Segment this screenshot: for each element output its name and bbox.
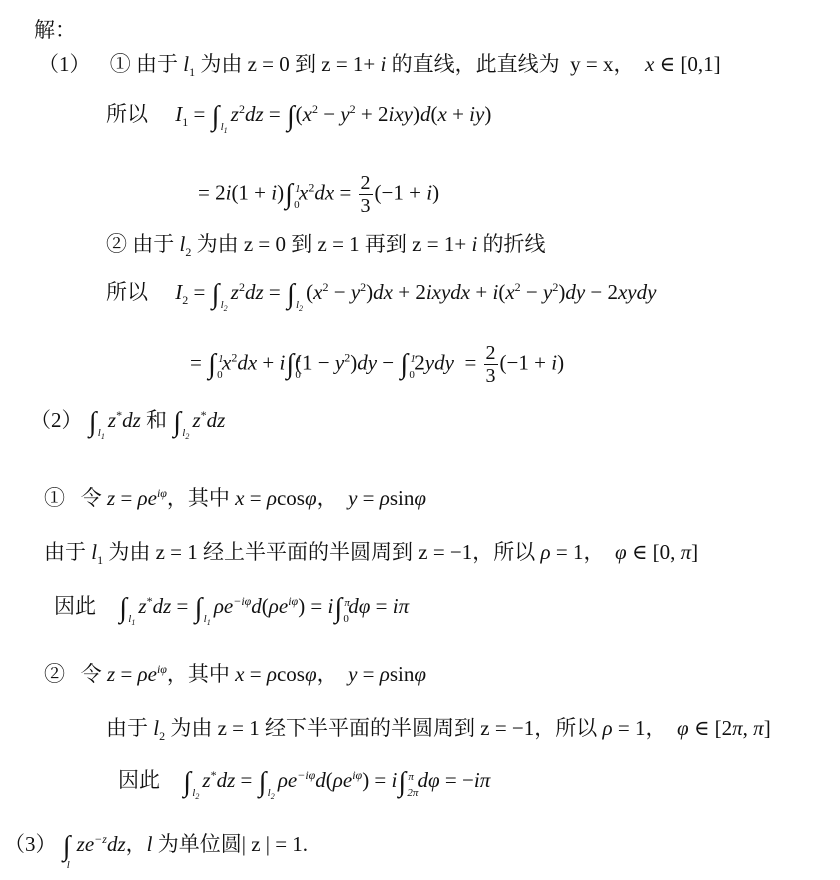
part1-sub1-eq2: = 2i(1 + i)∫10 x2dx = 23(−1 + i): [198, 172, 439, 217]
heading: 解：: [34, 16, 76, 44]
part2-title: （2） ∫l1 z*dz 和 ∫l2 z*dz: [30, 406, 225, 437]
part3-statement: （3） ∫l ze−zdz，l 为单位圆| z | = 1.: [4, 830, 308, 861]
part1-sub2-eq1: 所以 I2 = ∫l2 z2dz = ∫l2 (x2 − y2)dx + 2ix…: [106, 278, 656, 309]
part2-sub2-statement: 由于 l2 为由 z = 1 经下半平面的半圆周到 z = −1，所以 ρ = …: [106, 714, 771, 742]
part1-sub1-eq1: 所以 I1 = ∫l1 z2dz = ∫(x2 − y2 + 2ixy)d(x …: [106, 100, 491, 131]
part1-sub2-eq2: = ∫10 x2dx + i∫10(1 − y2)dy − ∫10 2ydy =…: [190, 342, 564, 387]
part2-sub2-result: 因此 ∫l2 z*dz = ∫l2 ρe−iφd(ρeiφ) = i∫π2π d…: [118, 766, 490, 797]
part2-sub1-result: 因此 ∫l1 z*dz = ∫l1 ρe−iφd(ρeiφ) = i∫π0 dφ…: [54, 592, 409, 623]
part2-sub1-statement: 由于 l1 为由 z = 1 经上半平面的半圆周到 z = −1，所以 ρ = …: [44, 538, 698, 566]
part2-sub2-setup: ② 令 z = ρeiφ，其中 x = ρcosφ， y = ρsinφ: [44, 660, 426, 688]
part1-sub2-statement: ② 由于 l2 为由 z = 0 到 z = 1 再到 z = 1+ i 的折线: [106, 230, 546, 258]
part2-sub1-setup: ① 令 z = ρeiφ，其中 x = ρcosφ， y = ρsinφ: [44, 484, 426, 512]
part1-sub1-statement: （1） ① 由于 l1 为由 z = 0 到 z = 1+ i 的直线，此直线为…: [38, 50, 721, 78]
